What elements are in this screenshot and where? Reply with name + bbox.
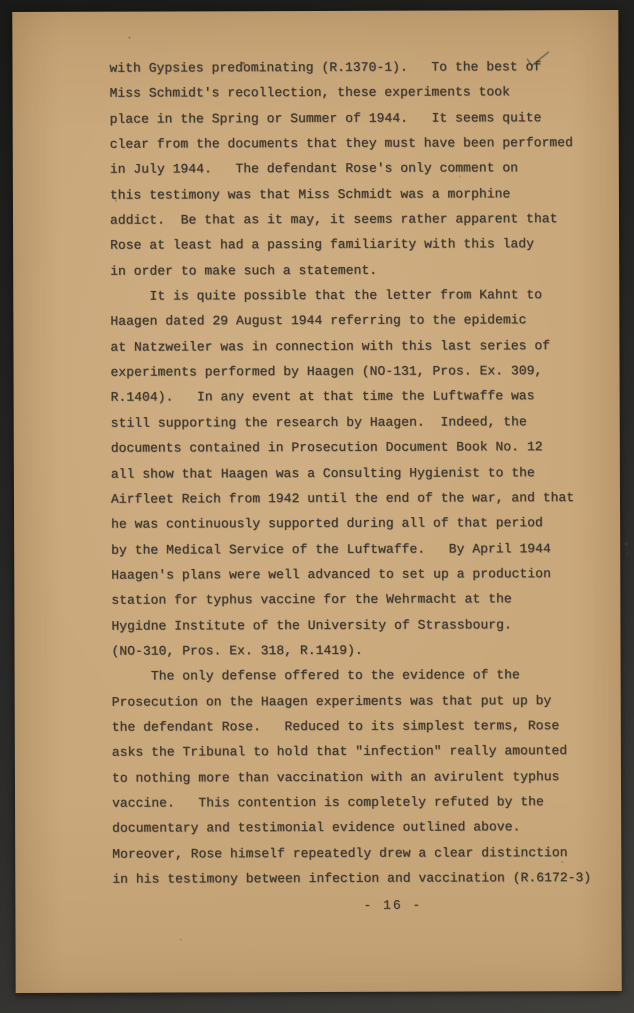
text-line: Airfleet Reich from 1942 until the end o… — [111, 485, 597, 512]
text-line: Hygidne Institute of the University of S… — [111, 612, 597, 639]
text-line: Moreover, Rose himself repeatedly drew a… — [112, 840, 598, 867]
text-line: documentary and testimonial evidence out… — [112, 814, 598, 841]
text-line: all show that Haagen was a Consulting Hy… — [111, 460, 597, 487]
paper-speckles — [128, 37, 130, 39]
text-line: station for typhus vaccine for the Wehrm… — [111, 586, 597, 613]
text-line: Miss Schmidt's recollection, these exper… — [110, 79, 596, 106]
text-line: Haagen's plans were well advanced to set… — [111, 561, 597, 588]
text-line: with Gypsies predominating (R.1370-1). T… — [109, 54, 595, 81]
text-line: clear from the documents that they must … — [110, 130, 596, 157]
text-line: Rose at least had a passing familiarity … — [110, 231, 596, 258]
text-line: in July 1944. The defendant Rose's only … — [110, 155, 596, 182]
text-line: It is quite possible that the letter fro… — [110, 282, 596, 309]
text-line: the defendant Rose. Reduced to its simpl… — [112, 713, 598, 740]
text-line: Prosecution on the Haagen experiments wa… — [112, 688, 598, 715]
text-line: by the Medical Service of the Luftwaffe.… — [111, 536, 597, 563]
document-text: with Gypsies predominating (R.1370-1). T… — [109, 54, 598, 892]
text-line: R.1404). In any event at that time the L… — [111, 383, 597, 410]
text-line: at Natzweiler was in connection with thi… — [110, 333, 596, 360]
text-line: asks the Tribunal to hold that "infectio… — [112, 738, 598, 765]
text-line: still supporting the research by Haagen.… — [111, 409, 597, 436]
text-line: The only defense offered to the evidence… — [112, 662, 598, 689]
text-line: vaccine. This contention is completely r… — [112, 789, 598, 816]
text-line: experiments performed by Haagen (NO-131,… — [111, 358, 597, 385]
text-line: documents contained in Prosecution Docum… — [111, 434, 597, 461]
scan-background: with Gypsies predominating (R.1370-1). T… — [0, 0, 634, 1013]
text-line: in order to make such a statement. — [110, 257, 596, 284]
document-page: with Gypsies predominating (R.1370-1). T… — [12, 10, 621, 993]
text-line: he was continuously supported during all… — [111, 510, 597, 537]
text-line: in his testimony between infection and v… — [112, 865, 598, 892]
text-line: place in the Spring or Summer of 1944. I… — [110, 105, 596, 132]
text-line: Haagen dated 29 August 1944 referring to… — [110, 307, 596, 334]
text-line: (NO-310, Pros. Ex. 318, R.1419). — [111, 637, 597, 664]
page-number: - 16 - — [363, 893, 422, 918]
text-line: addict. Be that as it may, it seems rath… — [110, 206, 596, 233]
text-line: to nothing more than vaccination with an… — [112, 764, 598, 791]
text-line: this testimony was that Miss Schmidt was… — [110, 181, 596, 208]
